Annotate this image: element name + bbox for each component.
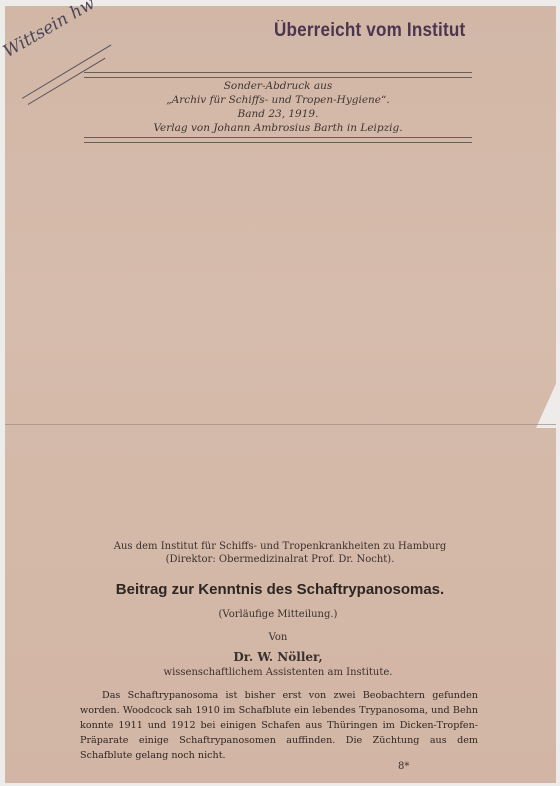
body-paragraph: Das Schaftrypanosoma ist bisher erst von…	[80, 688, 478, 763]
article-body: Das Schaftrypanosoma ist bisher erst von…	[80, 688, 478, 763]
institute-director: (Direktor: Obermedizinalrat Prof. Dr. No…	[70, 553, 490, 566]
top-rule	[84, 72, 472, 78]
institute-block: Aus dem Institut für Schiffs- und Tropen…	[70, 540, 490, 566]
institute-name: Aus dem Institut für Schiffs- und Tropen…	[70, 540, 490, 553]
fold-line	[5, 424, 556, 425]
byline-von: Von	[84, 631, 472, 644]
page-number: 8*	[398, 761, 409, 772]
bottom-rule	[84, 137, 472, 143]
article-subtitle: (Vorläufige Mitteilung.)	[84, 608, 472, 621]
offprint-publisher: Verlag von Johann Ambrosius Barth in Lei…	[84, 121, 472, 135]
article-title: Beitrag zur Kenntnis des Schaftrypanosom…	[60, 581, 500, 598]
author-name: Dr. W. Nöller,	[84, 650, 472, 664]
author-role: wissenschaftlichem Assistenten am Instit…	[84, 666, 472, 679]
offprint-line-1: Sonder-Abdruck aus	[84, 79, 472, 93]
offprint-block: Sonder-Abdruck aus „Archiv für Schiffs- …	[84, 79, 472, 135]
offprint-journal: „Archiv für Schiffs- und Tropen-Hygiene“…	[84, 93, 472, 107]
institute-stamp: Überreicht vom Institut	[274, 20, 465, 42]
offprint-volume: Band 23, 1919.	[84, 107, 472, 121]
